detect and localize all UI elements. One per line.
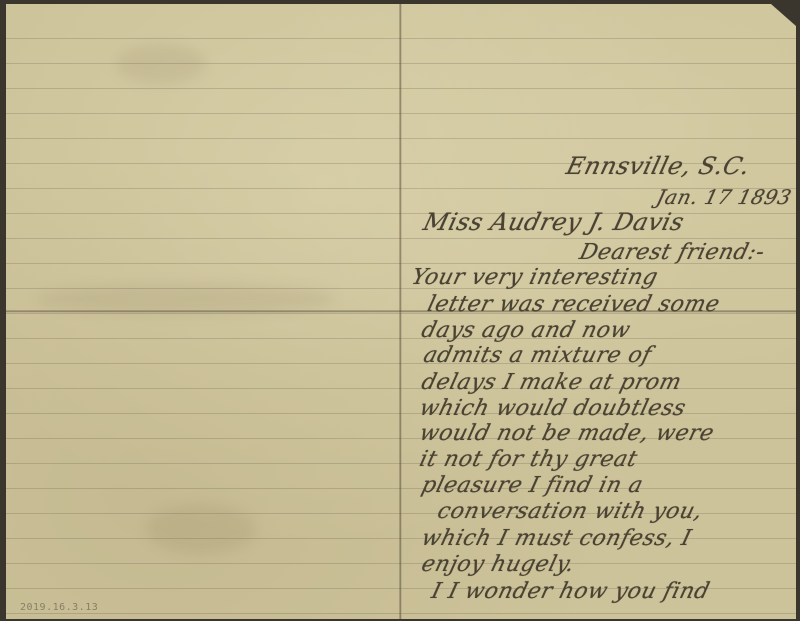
letter-line: pleasure I find in a	[419, 473, 646, 498]
letter-line: admits a mixture of	[421, 343, 654, 368]
letter-line: which I must confess, I	[419, 526, 694, 551]
letter-date: Jan. 17 1893	[654, 185, 794, 209]
letter-line: letter was received some	[425, 292, 723, 317]
letter-line: I I wonder how you find	[429, 579, 712, 604]
right-page: Ennsville, S.C. Jan. 17 1893 Miss Audrey…	[402, 4, 796, 619]
letter-line: enjoy hugely.	[419, 552, 577, 577]
letter-line: which would doubtless	[417, 396, 689, 421]
letter-line: Your very interesting	[409, 265, 661, 290]
letter-sheet: 2019.16.3.13 Ennsville, S.C. Jan. 17 189…	[6, 4, 796, 619]
catalog-number: 2019.16.3.13	[20, 602, 98, 613]
letter-place: Ennsville, S.C.	[564, 152, 754, 180]
letter-greeting: Dearest friend:-	[577, 240, 767, 265]
letter-line: it not for thy great	[417, 447, 640, 472]
letter-line: would not be made, were	[417, 421, 717, 446]
letter-line: delays I make at prom	[419, 370, 684, 395]
letter-salutation: Miss Audrey J. Davis	[421, 208, 688, 236]
letter-line: days ago and now	[419, 318, 633, 343]
letter-line: conversation with you,	[435, 499, 705, 524]
